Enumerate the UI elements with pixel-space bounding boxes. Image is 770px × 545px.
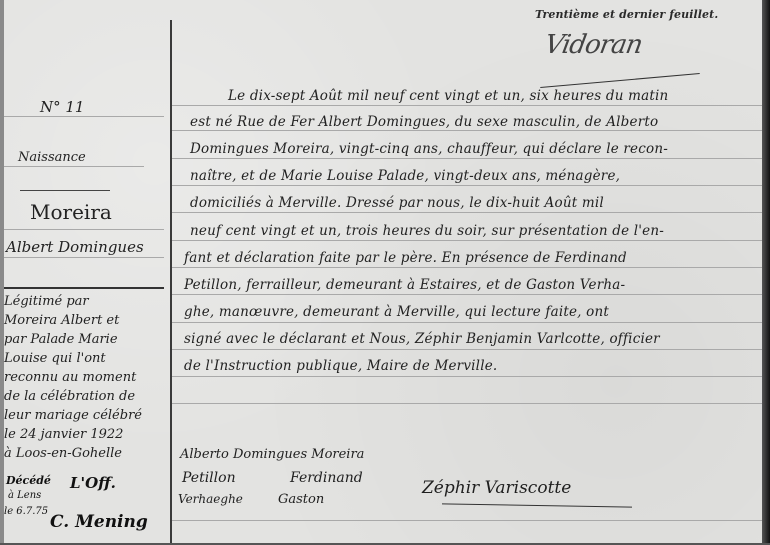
body-line: ghe, manœuvre, demeurant à Merville, qui… bbox=[184, 304, 609, 320]
body-line: de l'Instruction publique, Maire de Merv… bbox=[184, 358, 497, 374]
witness-2-signature: Ferdinand bbox=[290, 470, 363, 486]
ruled-line bbox=[172, 212, 762, 213]
body-line: neuf cent vingt et un, trois heures du s… bbox=[190, 223, 664, 239]
margin-annotation-line: par Palade Marie bbox=[4, 332, 118, 347]
folio-header: Trentième et dernier feuillet. bbox=[535, 8, 718, 21]
ruled-line bbox=[172, 185, 762, 186]
margin-annotation-line: Moreira Albert et bbox=[4, 313, 119, 328]
witness-1-signature: Verhaeghe bbox=[178, 492, 243, 506]
act-number: N° 11 bbox=[40, 98, 84, 116]
death-note: le 6.7.75 bbox=[4, 506, 48, 517]
margin-annotation-line: à Loos-en-Gohelle bbox=[4, 446, 122, 461]
ruled-line bbox=[172, 158, 762, 159]
paraph-signature: Vidoran bbox=[542, 30, 644, 60]
margin-surname: Moreira bbox=[30, 200, 112, 224]
margin-annotation-line: le 24 janvier 1922 bbox=[4, 427, 123, 442]
ruled-line bbox=[172, 294, 762, 295]
margin-annotation-line: de la célébration de bbox=[4, 389, 135, 404]
body-line: domiciliés à Merville. Dressé par nous, … bbox=[190, 195, 604, 211]
mayor-signature: Zéphir Variscotte bbox=[422, 478, 571, 498]
body-line: fant et déclaration faite par le père. E… bbox=[184, 250, 627, 266]
body-line: Petillon, ferrailleur, demeurant à Estai… bbox=[184, 277, 625, 293]
declarant-signature: Alberto Domingues Moreira bbox=[180, 447, 364, 462]
body-line: naître, et de Marie Louise Palade, vingt… bbox=[190, 168, 620, 184]
paraph-underline bbox=[540, 73, 699, 88]
body-line: signé avec le déclarant et Nous, Zéphir … bbox=[184, 331, 660, 347]
margin-annotation-line: reconnu au moment bbox=[4, 370, 136, 385]
ruled-line bbox=[172, 322, 762, 323]
death-note: à Lens bbox=[8, 490, 41, 501]
margin-annotation-line: Légitimé par bbox=[4, 294, 89, 309]
ruled-line bbox=[172, 349, 762, 350]
margin-ruled-line bbox=[4, 166, 144, 167]
margin-rule bbox=[170, 20, 172, 545]
page-left-edge bbox=[0, 0, 4, 545]
margin-ruled-line bbox=[4, 257, 164, 258]
body-line: Le dix-sept Août mil neuf cent vingt et … bbox=[228, 88, 668, 104]
margin-annotation-line: Louise qui l'ont bbox=[4, 351, 106, 366]
act-type: Naissance bbox=[18, 150, 86, 165]
ruled-line bbox=[172, 376, 762, 377]
ruled-line bbox=[172, 267, 762, 268]
ruled-line bbox=[172, 105, 762, 106]
death-note-officer: L'Off. bbox=[70, 474, 116, 492]
death-note-signature: C. Mening bbox=[50, 512, 148, 532]
margin-ruled-line bbox=[20, 190, 110, 191]
margin-given-names: Albert Domingues bbox=[6, 238, 144, 256]
mayor-signature-underline bbox=[442, 503, 632, 507]
body-line: Domingues Moreira, vingt-cinq ans, chauf… bbox=[190, 141, 668, 157]
page-binding-edge bbox=[762, 0, 770, 545]
ruled-line bbox=[172, 130, 762, 131]
ruled-line bbox=[172, 240, 762, 241]
ruled-line bbox=[172, 403, 762, 404]
register-page: Trentième et dernier feuillet. Vidoran N… bbox=[0, 0, 770, 545]
witness-2-signature: Gaston bbox=[278, 492, 324, 507]
margin-ruled-line bbox=[4, 229, 164, 230]
margin-ruled-line bbox=[4, 116, 164, 117]
margin-ruled-line bbox=[4, 287, 164, 289]
death-note: Décédé bbox=[6, 474, 51, 487]
ruled-line bbox=[172, 520, 762, 521]
witness-1-signature: Petillon bbox=[182, 470, 236, 486]
body-line: est né Rue de Fer Albert Domingues, du s… bbox=[190, 114, 658, 130]
margin-annotation-line: leur mariage célébré bbox=[4, 408, 142, 423]
